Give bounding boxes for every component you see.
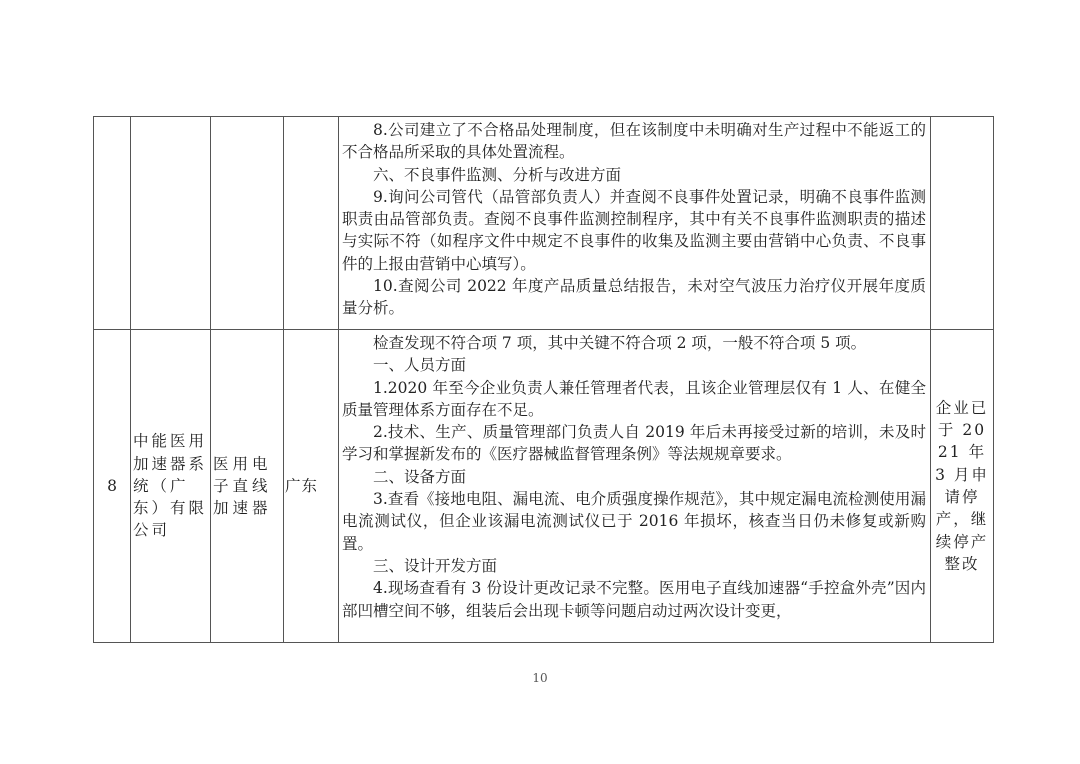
section-heading: 三、设计开发方面	[342, 555, 926, 577]
region-cell: 广东	[284, 330, 339, 643]
finding-item: 10.查阅公司 2022 年度产品质量总结报告，未对空气波压力治疗仪开展年度质量…	[342, 275, 926, 320]
finding-item: 1.2020 年至今企业负责人兼任管理者代表，且该企业管理层仅有 1 人、在健全…	[342, 377, 926, 422]
handling-result-cell: 企业已于 2021 年 3 月申请停产，继续停产整改	[931, 330, 994, 643]
product-cell: 医用电子直线加速器	[211, 330, 284, 643]
table-row: 8 中能医用加速器系统（广东）有限公司 医用电子直线加速器 广东 检查发现不符合…	[94, 330, 994, 643]
section-heading: 六、不良事件监测、分析与改进方面	[342, 164, 926, 186]
company-cell: 中能医用加速器系统（广东）有限公司	[131, 330, 211, 643]
findings-summary: 检查发现不符合项 7 项，其中关键不符合项 2 项，一般不符合项 5 项。	[342, 332, 926, 354]
findings-detail-cell: 检查发现不符合项 7 项，其中关键不符合项 2 项，一般不符合项 5 项。 一、…	[339, 330, 931, 643]
findings-detail-cell: 8.公司建立了不合格品处理制度，但在该制度中未明确对生产过程中不能返工的不合格品…	[339, 117, 931, 330]
finding-item: 9.询问公司管代（品管部负责人）并查阅不良事件处置记录，明确不良事件监测职责由品…	[342, 186, 926, 275]
finding-item: 2.技术、生产、质量管理部门负责人自 2019 年后未再接受过新的培训，未及时学…	[342, 421, 926, 466]
row-number-cell	[94, 117, 131, 330]
finding-item: 4.现场查看有 3 份设计更改记录不完整。医用电子直线加速器“手控盒外壳”因内部…	[342, 577, 926, 622]
section-heading: 一、人员方面	[342, 354, 926, 376]
inspection-findings-table: 8.公司建立了不合格品处理制度，但在该制度中未明确对生产过程中不能返工的不合格品…	[93, 116, 994, 643]
document-page: 8.公司建立了不合格品处理制度，但在该制度中未明确对生产过程中不能返工的不合格品…	[0, 0, 1080, 764]
row-number-cell: 8	[94, 330, 131, 643]
region-cell	[284, 117, 339, 330]
section-heading: 二、设备方面	[342, 466, 926, 488]
table-row: 8.公司建立了不合格品处理制度，但在该制度中未明确对生产过程中不能返工的不合格品…	[94, 117, 994, 330]
page-number: 10	[0, 671, 1080, 685]
company-cell	[131, 117, 211, 330]
handling-result-cell	[931, 117, 994, 330]
product-cell	[211, 117, 284, 330]
finding-item: 8.公司建立了不合格品处理制度，但在该制度中未明确对生产过程中不能返工的不合格品…	[342, 119, 926, 164]
finding-item: 3.查看《接地电阻、漏电流、电介质强度操作规范》，其中规定漏电流检测使用漏电流测…	[342, 488, 926, 555]
